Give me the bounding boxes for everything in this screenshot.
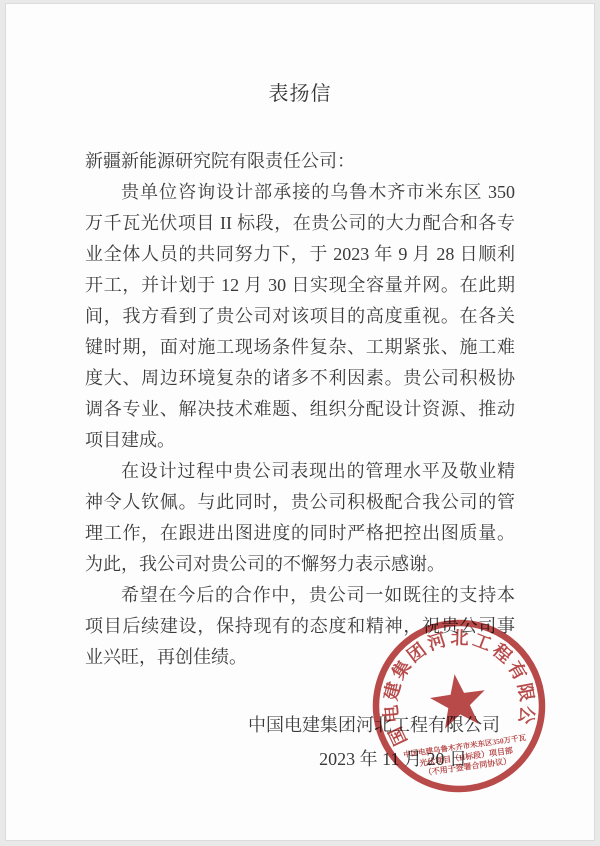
paragraph-future-wishes: 希望在今后的合作中，贵公司一如既往的支持本项目后续建设，保持现有的态度和精神，祝… (85, 580, 515, 673)
signature-company: 中国电建集团河北工程有限公司 (85, 708, 500, 742)
salutation: 新疆新能源研究院有限责任公司： (85, 146, 515, 177)
paragraph-management-praise: 在设计过程中贵公司表现出的管理水平及敬业精神令人钦佩。与此同时，贵公司积极配合我… (85, 456, 515, 580)
letter-title: 表扬信 (6, 77, 594, 106)
letter-body: 新疆新能源研究院有限责任公司： 贵单位咨询设计部承接的乌鲁木齐市米东区 350 … (6, 146, 594, 776)
letter-page: 表扬信 新疆新能源研究院有限责任公司： 贵单位咨询设计部承接的乌鲁木齐市米东区 … (5, 3, 595, 841)
signature-block: 中国电建集团河北工程有限公司 2023 年 11 月 20 日 (85, 708, 515, 776)
signature-date: 2023 年 11 月 20 日 (85, 742, 467, 776)
document-background: 表扬信 新疆新能源研究院有限责任公司： 贵单位咨询设计部承接的乌鲁木齐市米东区 … (0, 0, 600, 846)
paragraph-project-intro: 贵单位咨询设计部承接的乌鲁木齐市米东区 350 万千瓦光伏项目 II 标段，在贵… (85, 177, 515, 456)
